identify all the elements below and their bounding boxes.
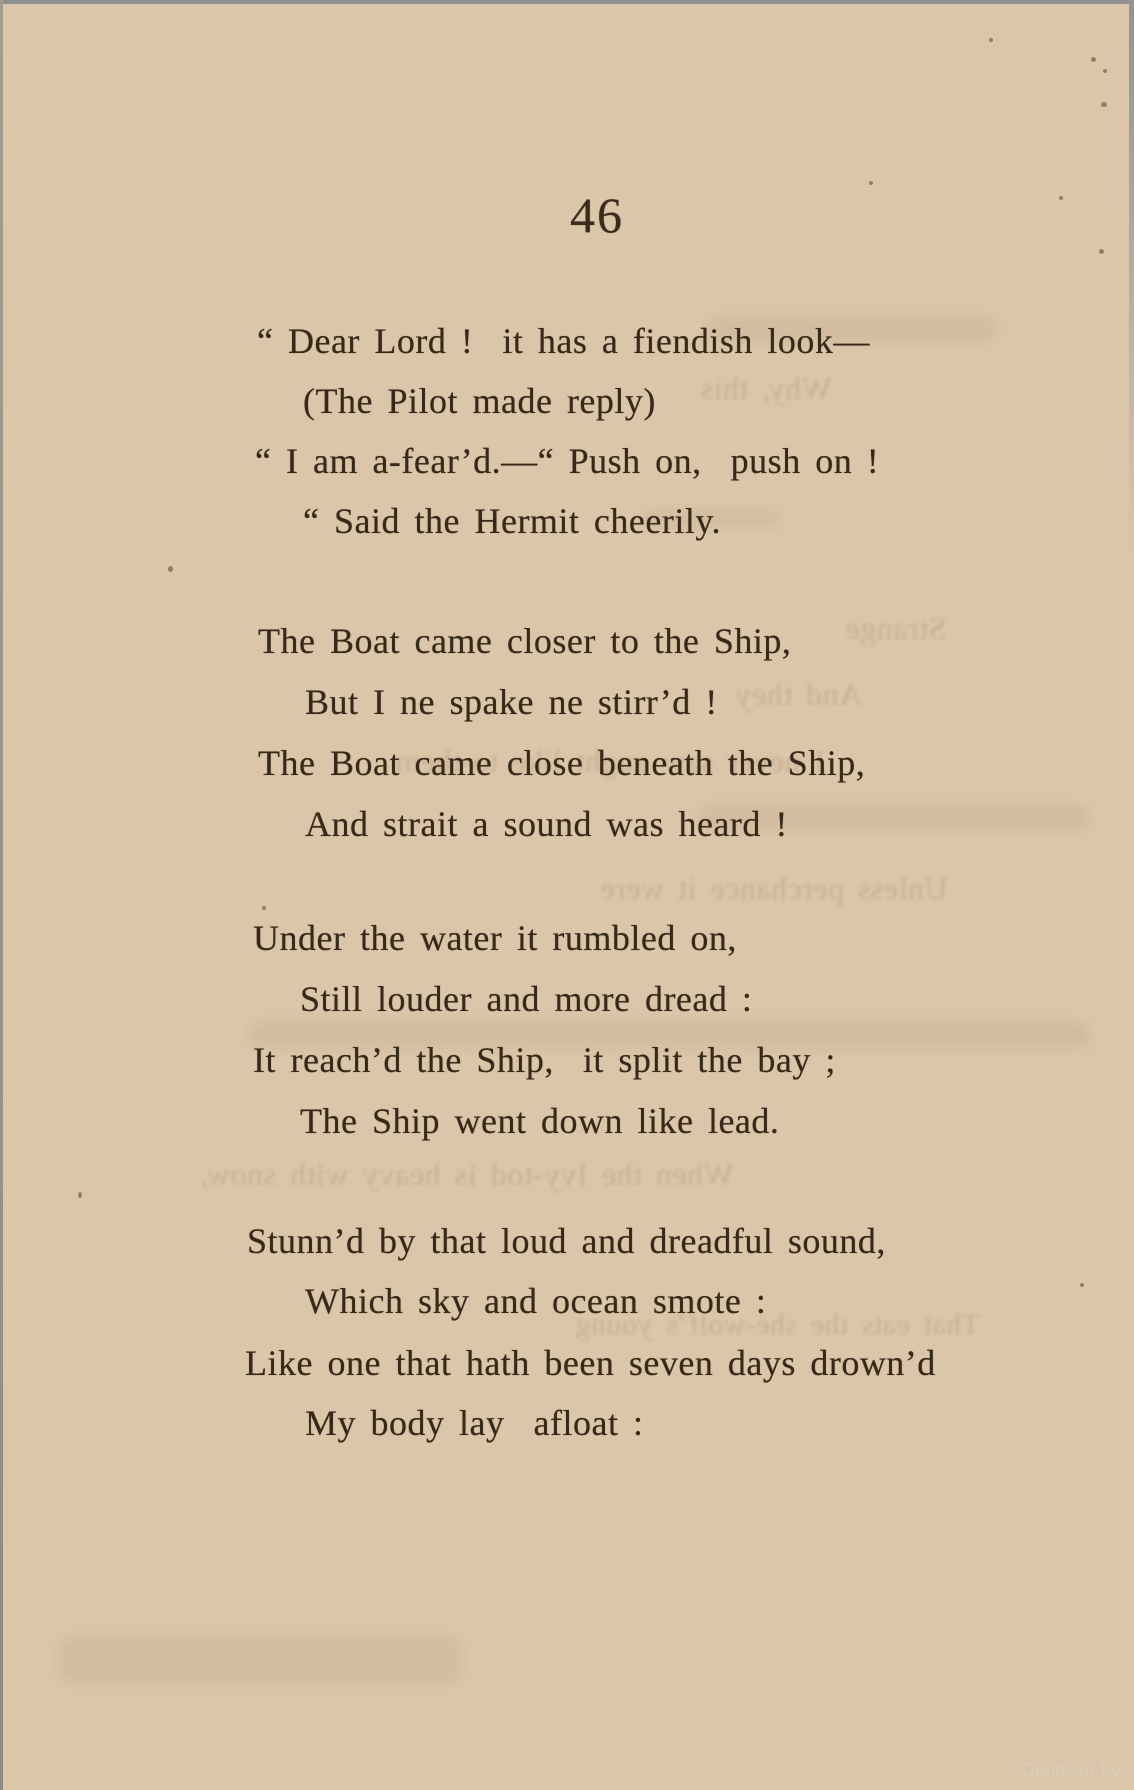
paper-speck [168,566,173,572]
showthrough-line: Unless perchance it were [600,872,948,904]
showthrough-line: Strange [845,612,946,644]
verse-line: Which sky and ocean smote : [305,1283,766,1319]
verse-line: (The Pilot made reply) [303,383,656,419]
verse-line: “ Said the Hermit cheerily. [303,503,721,539]
showthrough-smudge [60,1638,460,1682]
paper-speck [1091,57,1096,62]
verse-line: “ I am a-fear’d.—“ Push on, push on ! [255,443,879,479]
digitized-watermark: Digitized by Google [1022,1760,1134,1781]
paper-speck [1059,196,1063,200]
showthrough-line: Why, this [700,372,832,404]
verse-line: Under the water it rumbled on, [253,920,737,956]
verse-line: The Boat came closer to the Ship, [258,623,791,659]
verse-line: The Boat came close beneath the Ship, [258,745,865,781]
verse-line: But I ne spake ne stirr’d ! [305,684,718,720]
page-number: 46 [570,190,624,240]
paper-speck [1103,69,1107,73]
scan-edge-left [0,0,3,1790]
scan-edge-right [1129,0,1134,560]
verse-line: “ Dear Lord ! it has a fiendish look— [257,323,870,359]
showthrough-line: When the Ivy-tod is heavy with snow, [200,1158,734,1190]
paper-speck [78,1192,82,1198]
paper-speck [989,38,993,42]
showthrough-line: And they [735,678,862,710]
scan-edge-top [0,0,1134,4]
verse-line: Stunn’d by that loud and dreadful sound, [247,1223,886,1259]
paper-speck [1101,102,1107,107]
verse-line: It reach’d the Ship, it split the bay ; [253,1042,836,1078]
verse-line: The Ship went down like lead. [300,1103,779,1139]
verse-line: And strait a sound was heard ! [305,806,788,842]
verse-line: Like one that hath been seven days drown… [245,1345,936,1381]
verse-line: Still louder and more dread : [300,981,752,1017]
verse-line: My body lay afloat : [305,1405,643,1441]
paper-speck [1080,1283,1084,1287]
paper-speck [869,181,873,185]
scanned-book-page: Why, this Strange And they I never saw a… [0,0,1134,1790]
paper-speck [1099,249,1104,254]
paper-speck [262,906,266,910]
